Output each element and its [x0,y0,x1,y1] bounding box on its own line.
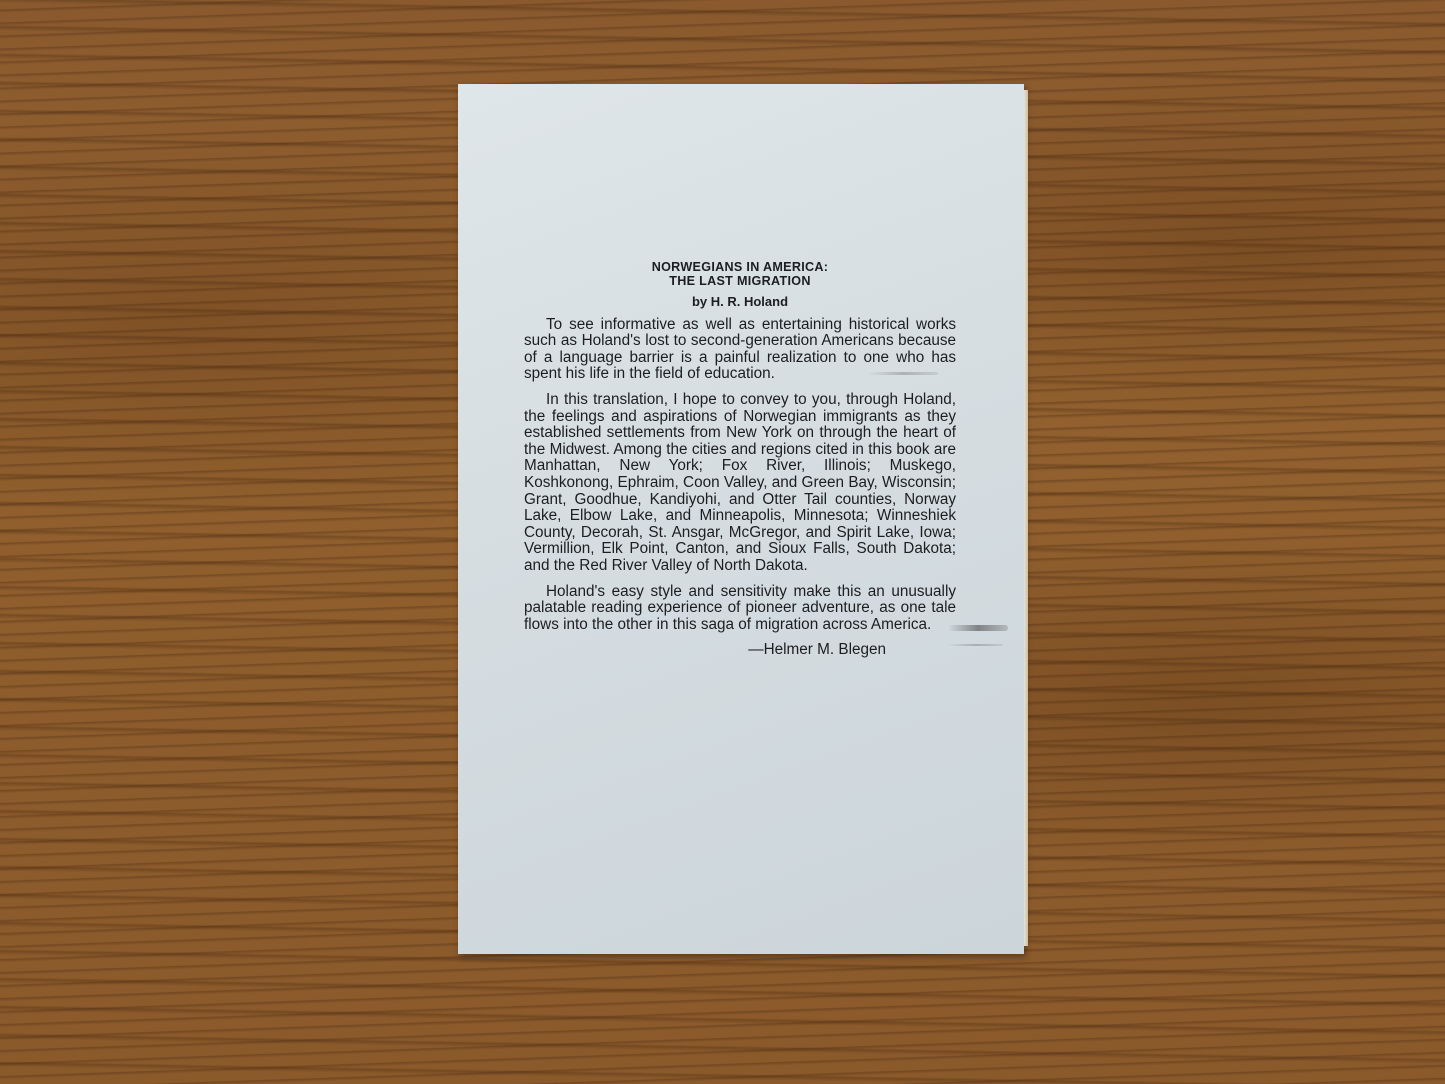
blurb-signature: —Helmer M. Blegen [524,642,886,659]
blurb-text-block: NORWEGIANS IN AMERICA: THE LAST MIGRATIO… [524,261,956,659]
book-edge [1024,90,1028,946]
blurb-paragraph-2: In this translation, I hope to convey to… [524,392,956,575]
smudge-mark [948,625,1008,631]
book-author: by H. R. Holand [524,294,956,311]
smudge-mark [948,644,1003,646]
title-line-2: THE LAST MIGRATION [524,275,956,289]
smudge-mark [868,372,938,375]
book-title: NORWEGIANS IN AMERICA: THE LAST MIGRATIO… [524,261,956,288]
blurb-paragraph-3: Holand's easy style and sensitivity make… [524,584,956,634]
title-line-1: NORWEGIANS IN AMERICA: [524,261,956,275]
book-back-cover: NORWEGIANS IN AMERICA: THE LAST MIGRATIO… [458,84,1024,954]
